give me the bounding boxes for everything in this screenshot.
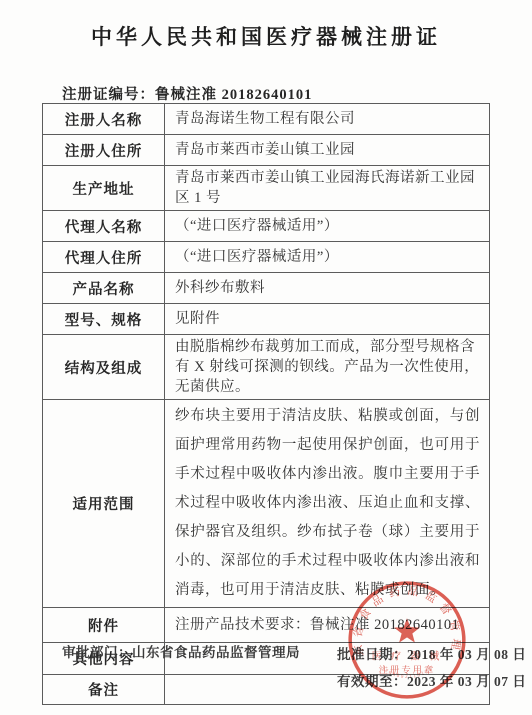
registration-number-label: 注册证编号： — [62, 87, 155, 103]
row-value: 见附件 — [165, 304, 490, 335]
table-row: 产品名称 外科纱布敷料 — [43, 273, 490, 304]
row-label: 代理人住所 — [43, 242, 165, 273]
row-value: 青岛市莱西市姜山镇工业园 — [165, 135, 490, 166]
row-value: 青岛市莱西市姜山镇工业园海氏海诺新工业园区 1 号 — [165, 166, 490, 211]
row-label: 代理人名称 — [43, 211, 165, 242]
valid-until-date: 有效期至：2023 年 03 月 07 日 — [337, 668, 527, 695]
row-value: 青岛海诺生物工程有限公司 — [165, 104, 490, 135]
table-row: 代理人名称 （“进口医疗器械适用”） — [43, 211, 490, 242]
row-label: 注册人住所 — [43, 135, 165, 166]
row-label: 生产地址 — [43, 166, 165, 211]
date-block: 批准日期：2018 年 03 月 08 日 有效期至：2023 年 03 月 0… — [337, 641, 527, 695]
row-value: 注册产品技术要求：鲁械注准 20182640101 — [165, 608, 490, 643]
table-row: 型号、规格 见附件 — [43, 304, 490, 335]
table-row: 注册人住所 青岛市莱西市姜山镇工业园 — [43, 135, 490, 166]
table-row: 适用范围 纱布块主要用于清洁皮肤、粘膜或创面，与创面护理常用药物一起使用保护创面… — [43, 400, 490, 608]
registration-number: 注册证编号：鲁械注准 20182640101 — [62, 83, 312, 104]
row-label: 结构及组成 — [43, 335, 165, 400]
table-row: 注册人名称 青岛海诺生物工程有限公司 — [43, 104, 490, 135]
registration-number-value: 鲁械注准 20182640101 — [155, 87, 312, 103]
row-value: 外科纱布敷料 — [165, 273, 490, 304]
row-label: 注册人名称 — [43, 104, 165, 135]
approval-department: 审批部门：山东省食品药品监督管理局 — [62, 641, 300, 661]
row-label: 适用范围 — [43, 400, 165, 608]
row-value: 纱布块主要用于清洁皮肤、粘膜或创面，与创面护理常用药物一起使用保护创面，也可用于… — [165, 400, 490, 608]
table-row: 附件 注册产品技术要求：鲁械注准 20182640101 — [43, 608, 490, 643]
row-value: （“进口医疗器械适用”） — [165, 242, 490, 273]
row-value: 由脱脂棉纱布裁剪加工而成，部分型号规格含有 X 射线可探测的钡线。产品为一次性使… — [165, 335, 490, 400]
row-label: 备注 — [43, 675, 165, 705]
certificate-page: 中华人民共和国医疗器械注册证 注册证编号：鲁械注准 20182640101 注册… — [0, 0, 532, 715]
table-row: 代理人住所 （“进口医疗器械适用”） — [43, 242, 490, 273]
certificate-title: 中华人民共和国医疗器械注册证 — [0, 21, 532, 51]
row-label: 产品名称 — [43, 273, 165, 304]
approval-date: 批准日期：2018 年 03 月 08 日 — [337, 641, 527, 668]
table-row: 生产地址 青岛市莱西市姜山镇工业园海氏海诺新工业园区 1 号 — [43, 166, 490, 211]
row-label: 型号、规格 — [43, 304, 165, 335]
table-row: 结构及组成 由脱脂棉纱布裁剪加工而成，部分型号规格含有 X 射线可探测的钡线。产… — [43, 335, 490, 400]
row-label: 附件 — [43, 608, 165, 643]
row-value: （“进口医疗器械适用”） — [165, 211, 490, 242]
certificate-table: 注册人名称 青岛海诺生物工程有限公司 注册人住所 青岛市莱西市姜山镇工业园 生产… — [42, 103, 490, 705]
